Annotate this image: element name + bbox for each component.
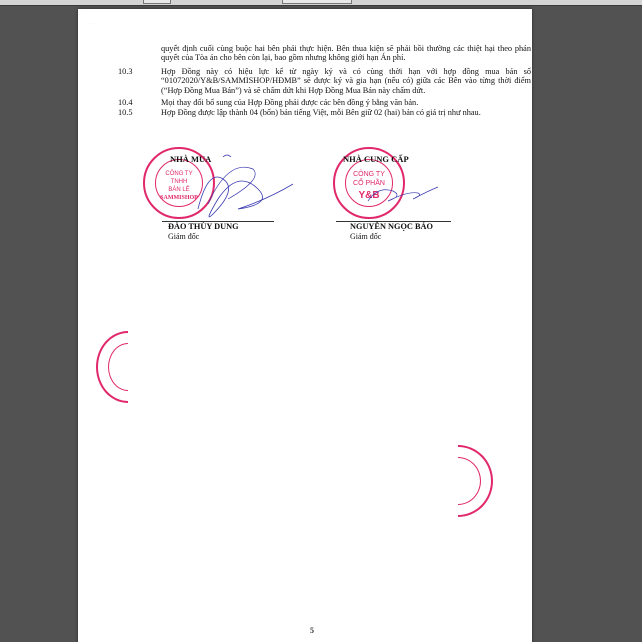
- buyer-name: ĐÀO THÙY DUNG: [168, 222, 239, 231]
- buyer-role: Giám đốc: [168, 232, 199, 241]
- page-number-field[interactable]: [143, 0, 171, 4]
- document-page: · · · quyết định cuối cùng buộc hai bên …: [78, 9, 532, 642]
- stamp-line: CÔNG TY: [335, 171, 403, 178]
- left-margin-seal: [96, 331, 160, 403]
- clause-text: Mọi thay đổi bổ sung của Hợp Đồng phải đ…: [161, 98, 531, 107]
- clause-number: 10.3: [118, 67, 158, 76]
- supplier-signature: [363, 179, 443, 209]
- clause-text: Hợp Đồng được lập thành 04 (bốn) bản tiế…: [161, 108, 531, 117]
- page-number: 5: [310, 626, 314, 635]
- header-mark: · · ·: [88, 22, 96, 27]
- right-margin-seal: [423, 445, 493, 517]
- zoom-field[interactable]: [282, 0, 352, 4]
- clause-number: 10.4: [118, 98, 158, 107]
- clause-number: 10.5: [118, 108, 158, 117]
- supplier-role: Giám đốc: [350, 232, 381, 241]
- viewer-toolbar: [0, 0, 642, 6]
- buyer-signature: [153, 149, 293, 219]
- supplier-name: NGUYỄN NGỌC BẢO: [350, 222, 433, 231]
- continuation-paragraph: quyết định cuối cùng buộc hai bên phải t…: [161, 44, 531, 63]
- supplier-title: NHÀ CUNG CẤP: [343, 154, 409, 164]
- clause-text: Hợp Đồng này có hiệu lực kể từ ngày ký v…: [161, 67, 531, 95]
